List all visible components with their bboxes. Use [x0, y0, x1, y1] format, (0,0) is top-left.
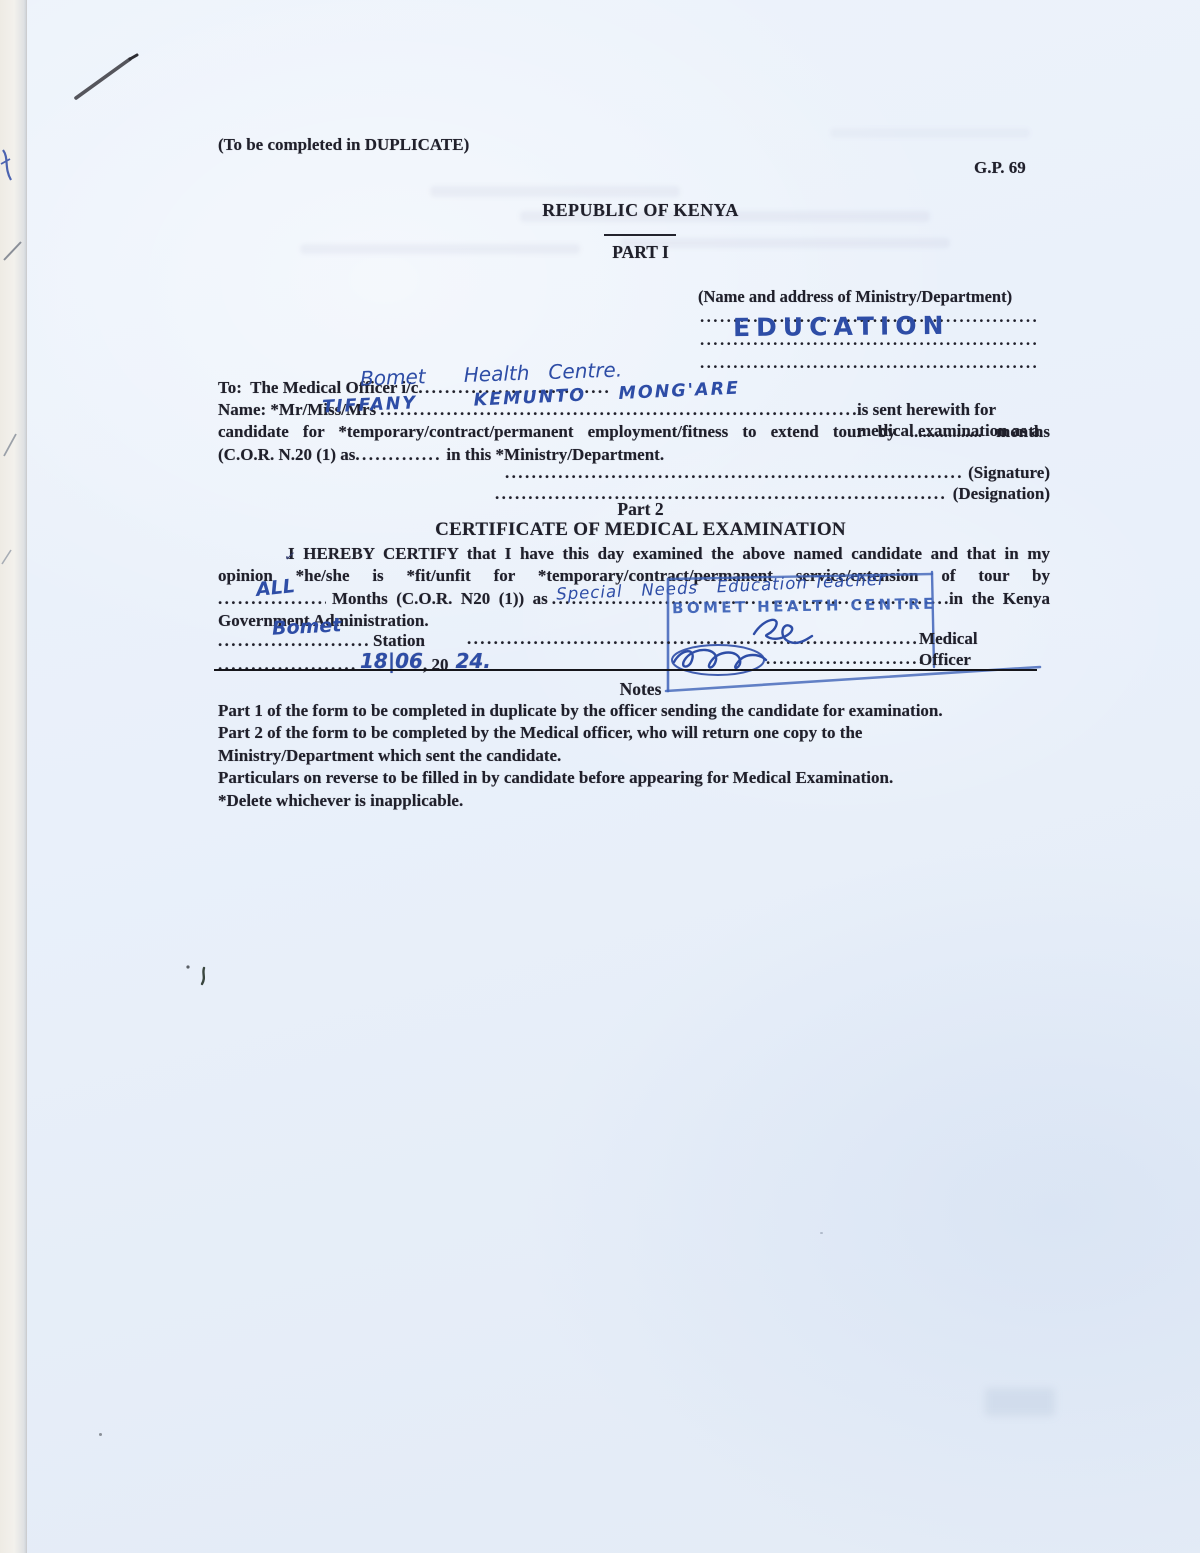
margin-pencil-mark	[2, 238, 24, 264]
paper-smudge	[985, 1388, 1055, 1416]
scribble-dotted-line: ........................................…	[766, 648, 922, 669]
part2-subtitle: CERTIFICATE OF MEDICAL EXAMINATION	[218, 518, 1063, 542]
certify-line-1: I HEREBY CERTIFY that I have this day ex…	[218, 543, 1050, 564]
ministry-dotted-line: ........................................…	[700, 352, 1038, 373]
notes-line: Ministry/Department which sent the candi…	[218, 745, 1058, 767]
signature-label: (Signature)	[962, 462, 1050, 483]
notes-line: *Delete whichever is inapplicable.	[218, 790, 1058, 812]
notes-block: Part 1 of the form to be completed in du…	[218, 700, 1058, 812]
cor-dotted-leader: ........................................…	[355, 444, 441, 465]
notes-line: Part 1 of the form to be completed in du…	[218, 700, 1058, 722]
secondary-signature-scribble	[666, 640, 774, 680]
date-dotted-leader: ........................................…	[218, 654, 356, 675]
margin-ink-mark	[0, 148, 16, 184]
notes-line: Particulars on reverse to be filled in b…	[218, 767, 1058, 789]
medical-officer-label: Medical Officer	[919, 628, 984, 671]
bleedthrough-smudge	[430, 186, 680, 197]
tick-mark: ✓	[283, 548, 297, 565]
notes-line: Part 2 of the form to be completed by th…	[218, 722, 1058, 744]
margin-pencil-mark	[0, 546, 14, 568]
candidate-line: candidate for *temporary/contract/perman…	[218, 421, 1050, 442]
months-handwritten-value: ALL	[255, 575, 296, 601]
date-label: , 20	[423, 654, 449, 675]
scan-edge-strip	[0, 0, 27, 1553]
signature-dotted-leader: ........................................…	[505, 462, 962, 483]
pen-stroke-artifact	[68, 48, 148, 106]
notes-heading: Notes	[218, 679, 1063, 701]
stray-ink-mark	[184, 960, 214, 990]
notes-divider-rule	[214, 669, 1037, 671]
paper-speck	[820, 1232, 823, 1234]
margin-pencil-mark	[2, 428, 20, 460]
months-label: Months (C.O.R. N20 (1)) as	[326, 588, 548, 609]
duplicate-note: (To be completed in DUPLICATE)	[218, 134, 469, 155]
signature-line: ........................................…	[505, 462, 1050, 483]
form-title: REPUBLIC OF KENYA	[218, 199, 1063, 222]
ministry-handwritten-value: EDUCATION	[733, 311, 950, 342]
date-line: ........................................…	[218, 651, 508, 676]
scanned-form-page: (To be completed in DUPLICATE) G.P. 69 R…	[0, 0, 1200, 1553]
part1-heading: PART I	[218, 242, 1063, 264]
paper-speck	[99, 1433, 102, 1436]
form-code: G.P. 69	[974, 157, 1026, 178]
bleedthrough-smudge	[830, 128, 1030, 138]
cor-label: (C.O.R. N.20 (1) as	[218, 444, 355, 465]
ministry-label: (Name and address of Ministry/Department…	[698, 287, 1048, 308]
station-handwritten-value: Bomet	[271, 614, 341, 640]
title-divider	[604, 234, 676, 236]
